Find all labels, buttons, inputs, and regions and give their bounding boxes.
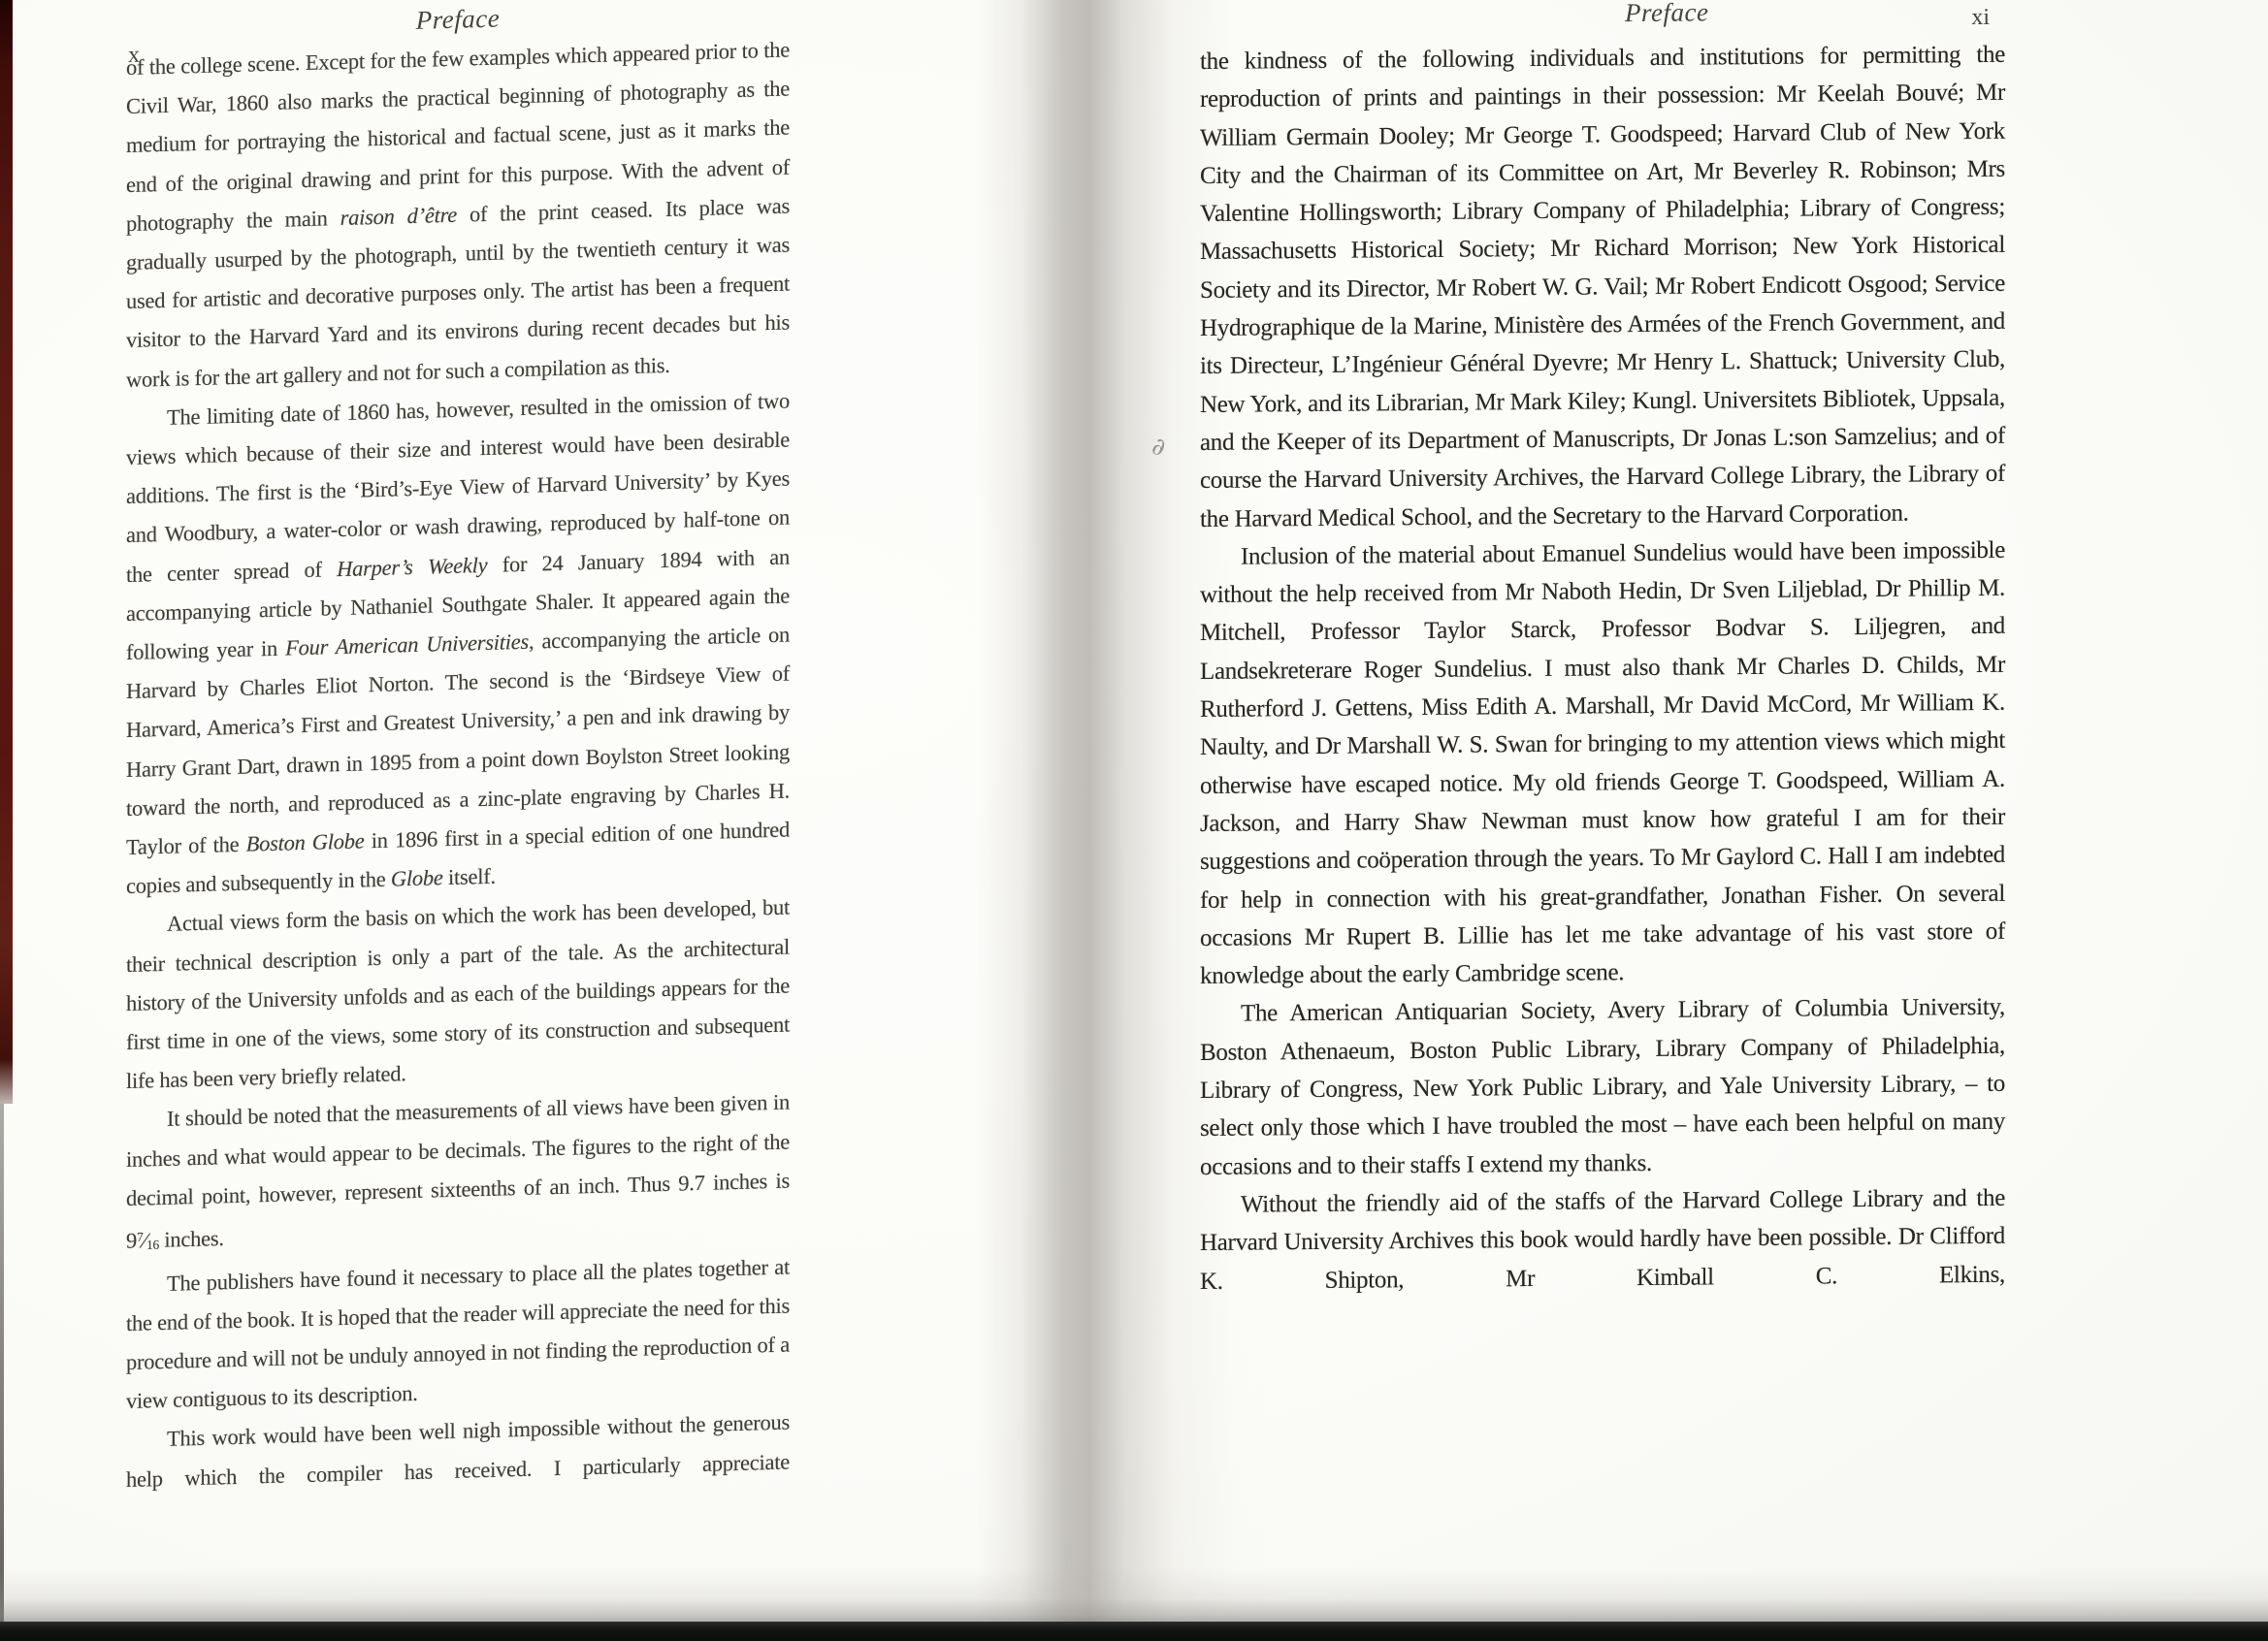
paragraph: The limiting date of 1860 has, however, … bbox=[126, 381, 790, 906]
inch-fraction: 7⁄16 bbox=[137, 1228, 159, 1253]
left-page-text: of the college scene. Except for the few… bbox=[126, 30, 790, 1498]
pencil-mark: ∂ bbox=[1150, 432, 1169, 462]
bottom-scan-bar bbox=[0, 1622, 2268, 1641]
paragraph: Actual views form the basis on which the… bbox=[126, 888, 790, 1102]
left-page: Preface x of the college scene. Except f… bbox=[126, 0, 790, 1618]
paragraph: The American Antiquarian Society, Avery … bbox=[1200, 988, 2005, 1186]
paragraph: Without the friendly aid of the staffs o… bbox=[1200, 1179, 2005, 1301]
paragraph: of the college scene. Except for the few… bbox=[126, 30, 790, 399]
left-edge-strip-tail bbox=[0, 1104, 4, 1624]
left-edge-strip bbox=[0, 0, 13, 1104]
paragraph: This work would have been well nigh impo… bbox=[126, 1403, 790, 1499]
right-page: Preface xi the kindness of the following… bbox=[1200, 0, 2005, 1618]
paragraph: the kindness of the following individual… bbox=[1200, 36, 2005, 538]
paragraph: It should be noted that the measurements… bbox=[126, 1083, 790, 1266]
paragraph: Inclusion of the material about Emanuel … bbox=[1200, 531, 2005, 996]
page-number-right: xi bbox=[1971, 5, 1990, 31]
scanned-book-spread: Preface x of the college scene. Except f… bbox=[0, 0, 2268, 1641]
paragraph: The publishers have found it necessary t… bbox=[126, 1247, 790, 1421]
running-header-right: Preface bbox=[1625, 0, 1708, 28]
right-page-text: the kindness of the following individual… bbox=[1200, 36, 2005, 1301]
